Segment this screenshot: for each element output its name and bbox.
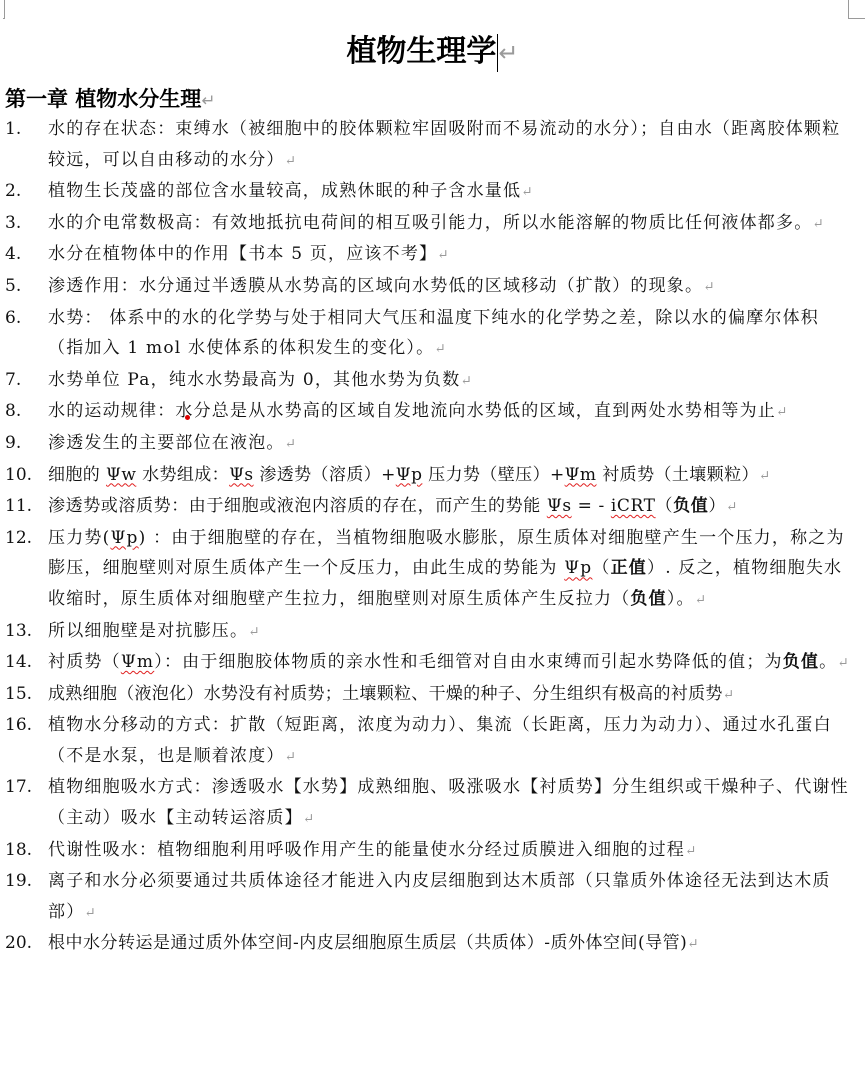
paragraph-mark-icon: ↵ — [521, 184, 534, 200]
list-item[interactable]: 2.植物生长茂盛的部位含水量较高，成熟休眠的种子含水量低↵ — [0, 176, 865, 208]
list-number: 9. — [5, 428, 21, 459]
list-item[interactable]: 11.渗透势或溶质势：由于细胞或液泡内溶质的存在，而产生的势能 Ψs = - i… — [0, 491, 865, 523]
list-item[interactable]: 16.植物水分移动的方式：扩散（短距离，浓度为动力）、集流（长距离，压力为动力）… — [0, 710, 865, 772]
list-number: 18. — [5, 835, 32, 866]
list-number: 4. — [5, 239, 21, 270]
spellcheck-flagged-term: Ψp — [110, 528, 138, 548]
paragraph-mark-icon: ↵ — [687, 936, 699, 952]
list-number: 15. — [5, 679, 32, 710]
item-text: 成熟细胞（液泡化）水势没有衬质势；土壤颗粒、干燥的种子、分生组织有极高的衬质势 — [48, 684, 723, 704]
list-number: 19. — [5, 866, 32, 897]
paragraph-mark-icon: ↵ — [498, 39, 518, 67]
paragraph-mark-icon: ↵ — [303, 811, 316, 827]
item-text: 离子和水分必须要通过共质体途径才能进入内皮层细胞到达木质部（只靠质外体途径无法到… — [48, 871, 831, 922]
list-item[interactable]: 17.植物细胞吸水方式：渗透吸水【水势】成熟细胞、吸涨吸水【衬质势】分生组织或干… — [0, 772, 865, 834]
list-number: 1. — [5, 114, 21, 145]
item-text: 渗透发生的主要部位在液泡。 — [48, 433, 285, 453]
list-item[interactable]: 3.水的介电常数极高：有效地抵抗电荷间的相互吸引能力，所以水能溶解的物质比任何液… — [0, 208, 865, 240]
paragraph-mark-icon: ↵ — [703, 279, 716, 295]
paragraph-mark-icon: ↵ — [723, 687, 735, 703]
item-text: 压力势( — [48, 528, 110, 548]
paragraph-mark-icon: ↵ — [285, 749, 298, 765]
item-text: 水的运动规律：水 — [48, 401, 194, 421]
paragraph-mark-icon: ↵ — [685, 843, 698, 859]
spellcheck-flagged-term: Ψp — [396, 465, 423, 485]
item-text: 渗透势或溶质势：由于细胞或液泡内溶质的存在，而产生的势能 — [48, 496, 547, 516]
spellcheck-flagged-term: Ψw — [106, 465, 136, 485]
item-text: （ — [592, 558, 610, 578]
item-text: 渗透作用：水分通过半透膜从水势高的区域向水势低的区域移动（扩散）的现象。 — [48, 276, 703, 296]
title-text: 植物生理学 — [346, 34, 496, 69]
item-text: 植物水分移动的方式：扩散（短距离，浓度为动力）、集流（长距离，压力为动力）、通过… — [48, 715, 832, 766]
list-item[interactable]: 13.所以细胞壁是对抗膨压。↵ — [0, 616, 865, 648]
list-number: 3. — [5, 208, 21, 239]
list-number: 14. — [5, 647, 32, 678]
list-item[interactable]: 18.代谢性吸水：植物细胞利用呼吸作用产生的能量使水分经过质膜进入细胞的过程↵ — [0, 835, 865, 867]
spellcheck-flagged-term: Ψm — [565, 465, 597, 485]
item-text: = - — [572, 496, 611, 516]
list-number: 12. — [5, 523, 32, 554]
list-item[interactable]: 14.衬质势（Ψm）：由于细胞胶体物质的亲水性和毛细管对自由水束缚而引起水势降低… — [0, 647, 865, 679]
list-number: 10. — [5, 460, 32, 491]
item-text: ） — [708, 496, 726, 516]
paragraph-mark-icon: ↵ — [776, 404, 789, 420]
item-text: 。 — [819, 652, 837, 672]
numbered-list: 1.水的存在状态：束缚水（被细胞中的胶体颗粒牢固吸附而不易流动的水分）；自由水（… — [0, 114, 865, 960]
list-item[interactable]: 6.水势： 体系中的水的化学势与处于相同大气压和温度下纯水的化学势之差，除以水的… — [0, 303, 865, 365]
list-item[interactable]: 5.渗透作用：水分通过半透膜从水势高的区域向水势低的区域移动（扩散）的现象。↵ — [0, 271, 865, 303]
paragraph-mark-icon: ↵ — [460, 373, 473, 389]
list-item[interactable]: 4.水分在植物体中的作用【书本 5 页，应该不考】↵ — [0, 239, 865, 271]
item-text: 衬质势（土壤颗粒） — [596, 465, 758, 485]
item-text: 细胞的 — [48, 465, 106, 485]
paragraph-mark-icon: ↵ — [434, 341, 447, 357]
list-number: 7. — [5, 365, 21, 396]
page-corner-mark-left — [3, 0, 5, 19]
list-item[interactable]: 15.成熟细胞（液泡化）水势没有衬质势；土壤颗粒、干燥的种子、分生组织有极高的衬… — [0, 679, 865, 711]
list-number: 16. — [5, 710, 32, 741]
list-item[interactable]: 19.离子和水分必须要通过共质体途径才能进入内皮层细胞到达木质部（只靠质外体途径… — [0, 866, 865, 928]
bold-text: 负值 — [783, 652, 819, 672]
paragraph-mark-icon: ↵ — [285, 153, 298, 169]
item-text: 根中水分转运是通过质外体空间-内皮层细胞原生质层（共质体）-质外体空间(导管) — [48, 933, 687, 953]
item-text: 压力势（壁压）+ — [422, 465, 564, 485]
spellcheck-flagged-term: Ψs — [547, 496, 572, 516]
bold-text: 负值 — [630, 589, 666, 609]
item-text: 渗透势（溶质）+ — [254, 465, 396, 485]
document-title[interactable]: 植物生理学↵ — [0, 30, 865, 75]
list-item[interactable]: 8.水的运动规律：水分总是从水势高的区域自发地流向水势低的区域，直到两处水势相等… — [0, 396, 865, 428]
list-item[interactable]: 12.压力势(Ψp) ：由于细胞壁的存在，当植物细胞吸水膨胀，原生质体对细胞壁产… — [0, 523, 865, 616]
spellcheck-flagged-term: Ψs — [229, 465, 253, 485]
item-text: ）。 — [667, 589, 695, 609]
item-text: 植物生长茂盛的部位含水量较高，成熟休眠的种子含水量低 — [48, 181, 521, 201]
paragraph-mark-icon: ↵ — [201, 90, 215, 110]
paragraph-mark-icon: ↵ — [812, 216, 825, 232]
paragraph-mark-icon: ↵ — [84, 905, 97, 921]
list-number: 20. — [5, 928, 32, 959]
list-item[interactable]: 10.细胞的 Ψw 水势组成：Ψs 渗透势（溶质）+Ψp 压力势（壁压）+Ψm … — [0, 460, 865, 492]
item-text: 代谢性吸水：植物细胞利用呼吸作用产生的能量使水分经过质膜进入细胞的过程 — [48, 840, 685, 860]
item-text: 水的介电常数极高：有效地抵抗电荷间的相互吸引能力，所以水能溶解的物质比任何液体都… — [48, 213, 812, 233]
comment-marker-icon[interactable] — [185, 415, 190, 420]
item-text: 水势单位 Pa，纯水水势最高为 0，其他水势为负数 — [48, 370, 460, 390]
list-number: 11. — [5, 491, 32, 522]
list-number: 6. — [5, 303, 21, 334]
list-number: 17. — [5, 772, 32, 803]
item-text: 水分在植物体中的作用【书本 5 页，应该不考】 — [48, 244, 437, 264]
chapter-heading[interactable]: 第一章 植物水分生理↵ — [5, 84, 215, 115]
list-item[interactable]: 9.渗透发生的主要部位在液泡。↵ — [0, 428, 865, 460]
paragraph-mark-icon: ↵ — [437, 247, 450, 263]
paragraph-mark-icon: ↵ — [759, 468, 771, 484]
item-text: 衬质势（ — [48, 652, 121, 672]
paragraph-mark-icon: ↵ — [726, 499, 738, 515]
spellcheck-flagged-term: iCRT — [611, 496, 656, 516]
paragraph-mark-icon: ↵ — [695, 592, 708, 608]
paragraph-mark-icon: ↵ — [285, 436, 298, 452]
spellcheck-flagged-term: Ψp — [564, 558, 592, 578]
item-text: 所以细胞壁是对抗膨压。 — [48, 621, 248, 641]
list-number: 2. — [5, 176, 21, 207]
list-item[interactable]: 7.水势单位 Pa，纯水水势最高为 0，其他水势为负数↵ — [0, 365, 865, 397]
item-text: 水的存在状态：束缚水（被细胞中的胶体颗粒牢固吸附而不易流动的水分）；自由水（距离… — [48, 119, 840, 170]
item-text: ）：由于细胞胶体物质的亲水性和毛细管对自由水束缚而引起水势降低的值；为 — [154, 652, 783, 672]
spellcheck-flagged-term: Ψm — [121, 652, 154, 672]
item-text: 植物细胞吸水方式：渗透吸水【水势】成熟细胞、吸涨吸水【衬质势】分生组织或干燥种子… — [48, 777, 849, 828]
list-number: 8. — [5, 396, 21, 427]
chapter-text: 第一章 植物水分生理 — [5, 87, 201, 111]
list-number: 5. — [5, 271, 21, 302]
list-item[interactable]: 20.根中水分转运是通过质外体空间-内皮层细胞原生质层（共质体）-质外体空间(导… — [0, 928, 865, 960]
item-text: 水势组成： — [136, 465, 229, 485]
paragraph-mark-icon: ↵ — [837, 655, 850, 671]
paragraph-mark-icon: ↵ — [248, 624, 261, 640]
bold-text: 正值 — [611, 558, 647, 578]
page-corner-mark-right — [848, 0, 865, 19]
list-number: 13. — [5, 616, 32, 647]
item-text: （ — [656, 496, 674, 516]
bold-text: 负值 — [673, 496, 708, 516]
item-text: 分总是从水势高的区域自发地流向水势低的区域，直到两处水势相等为止 — [194, 401, 776, 421]
list-item[interactable]: 1.水的存在状态：束缚水（被细胞中的胶体颗粒牢固吸附而不易流动的水分）；自由水（… — [0, 114, 865, 176]
